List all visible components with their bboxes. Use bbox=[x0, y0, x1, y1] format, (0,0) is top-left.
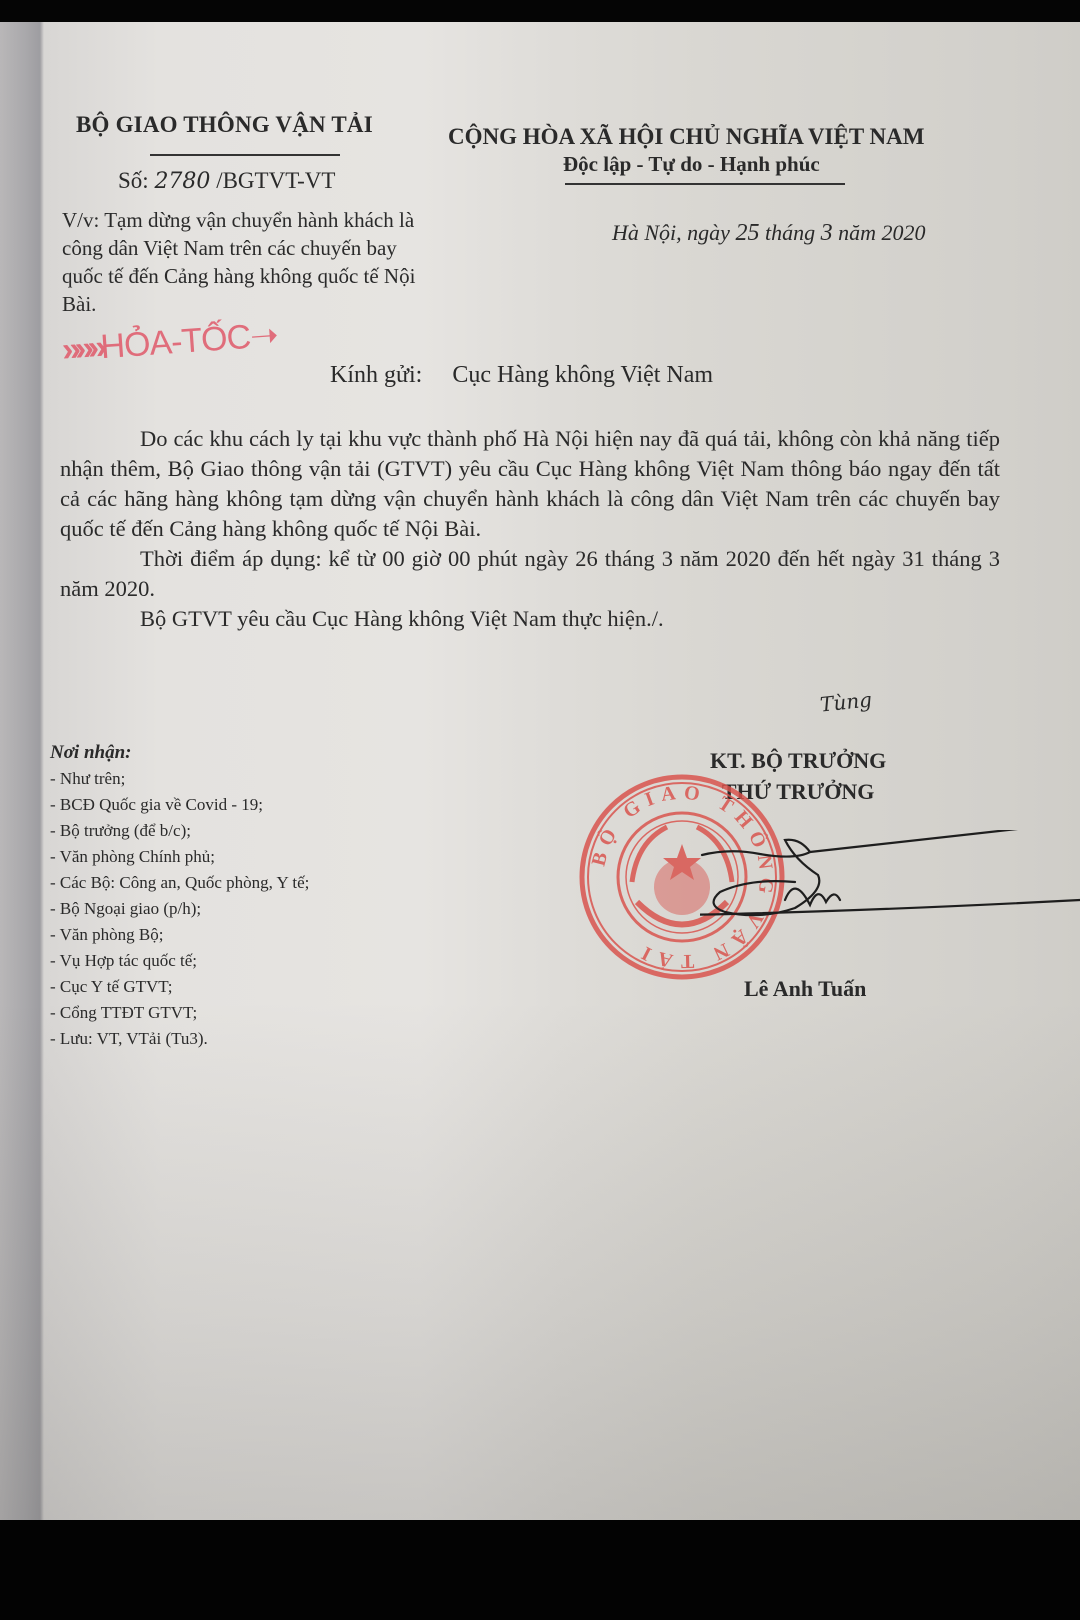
recipient-item: - Cục Y tế GTVT; bbox=[50, 974, 309, 1000]
issuing-agency: BỘ GIAO THÔNG VẬN TẢI bbox=[76, 112, 373, 138]
recipient-item: - Văn phòng Bộ; bbox=[50, 922, 309, 948]
arrow-feather-icon: »»» bbox=[61, 328, 102, 369]
recipients-list: - Như trên; - BCĐ Quốc gia về Covid - 19… bbox=[50, 766, 309, 1052]
arrow-head-icon: ➝ bbox=[249, 316, 279, 356]
recipient-item: - Như trên; bbox=[50, 766, 309, 792]
recipients-block: Nơi nhận: - Như trên; - BCĐ Quốc gia về … bbox=[50, 740, 309, 1052]
body-paragraph: Do các khu cách ly tại khu vực thành phố… bbox=[60, 424, 1000, 544]
recipient-item: - Vụ Hợp tác quốc tế; bbox=[50, 948, 309, 974]
doc-number-suffix: /BGTVT-VT bbox=[216, 168, 335, 193]
body-paragraph: Thời điểm áp dụng: kể từ 00 giờ 00 phút … bbox=[60, 544, 1000, 604]
recipient-item: - Lưu: VT, VTải (Tu3). bbox=[50, 1026, 309, 1052]
salutation-recipient: Cục Hàng không Việt Nam bbox=[452, 362, 713, 388]
date-month: 3 bbox=[821, 220, 833, 246]
recipient-item: - Bộ Ngoại giao (p/h); bbox=[50, 896, 309, 922]
motto-underline bbox=[565, 183, 845, 185]
national-motto: Độc lập - Tự do - Hạnh phúc bbox=[563, 152, 820, 177]
date-year: năm 2020 bbox=[838, 220, 925, 245]
national-title: CỘNG HÒA XÃ HỘI CHỦ NGHĨA VIỆT NAM bbox=[448, 124, 924, 150]
handwritten-signature-icon bbox=[700, 830, 1080, 940]
bottom-black-border bbox=[0, 1520, 1080, 1620]
top-black-border bbox=[0, 0, 1080, 22]
recipient-item: - Các Bộ: Công an, Quốc phòng, Y tế; bbox=[50, 870, 309, 896]
document-subject: V/v: Tạm dừng vận chuyển hành khách là c… bbox=[62, 206, 432, 318]
recipient-item: - Văn phòng Chính phủ; bbox=[50, 844, 309, 870]
agency-underline bbox=[150, 154, 340, 156]
recipient-item: - BCĐ Quốc gia về Covid - 19; bbox=[50, 792, 309, 818]
date-place: Hà Nội, ngày bbox=[612, 220, 730, 245]
recipient-item: - Cổng TTĐT GTVT; bbox=[50, 1000, 309, 1026]
recipient-item: - Bộ trưởng (để b/c); bbox=[50, 818, 309, 844]
salutation: Kính gửi: Cục Hàng không Việt Nam bbox=[330, 362, 713, 389]
salutation-label: Kính gửi: bbox=[330, 362, 422, 388]
doc-number-prefix: Số: bbox=[118, 168, 149, 193]
document-number: Số: 2780 /BGTVT-VT bbox=[118, 168, 335, 194]
doc-number-handwritten: 2780 bbox=[154, 169, 210, 194]
recipients-label: Nơi nhận: bbox=[50, 740, 309, 766]
document-body: Do các khu cách ly tại khu vực thành phố… bbox=[60, 424, 1000, 634]
body-paragraph: Bộ GTVT yêu cầu Cục Hàng không Việt Nam … bbox=[60, 604, 1000, 634]
date-day: 25 bbox=[735, 220, 759, 246]
date-month-label: tháng bbox=[765, 220, 815, 245]
date-line: Hà Nội, ngày 25 tháng 3 năm 2020 bbox=[612, 220, 925, 247]
signer-name: Lê Anh Tuấn bbox=[744, 976, 866, 1002]
